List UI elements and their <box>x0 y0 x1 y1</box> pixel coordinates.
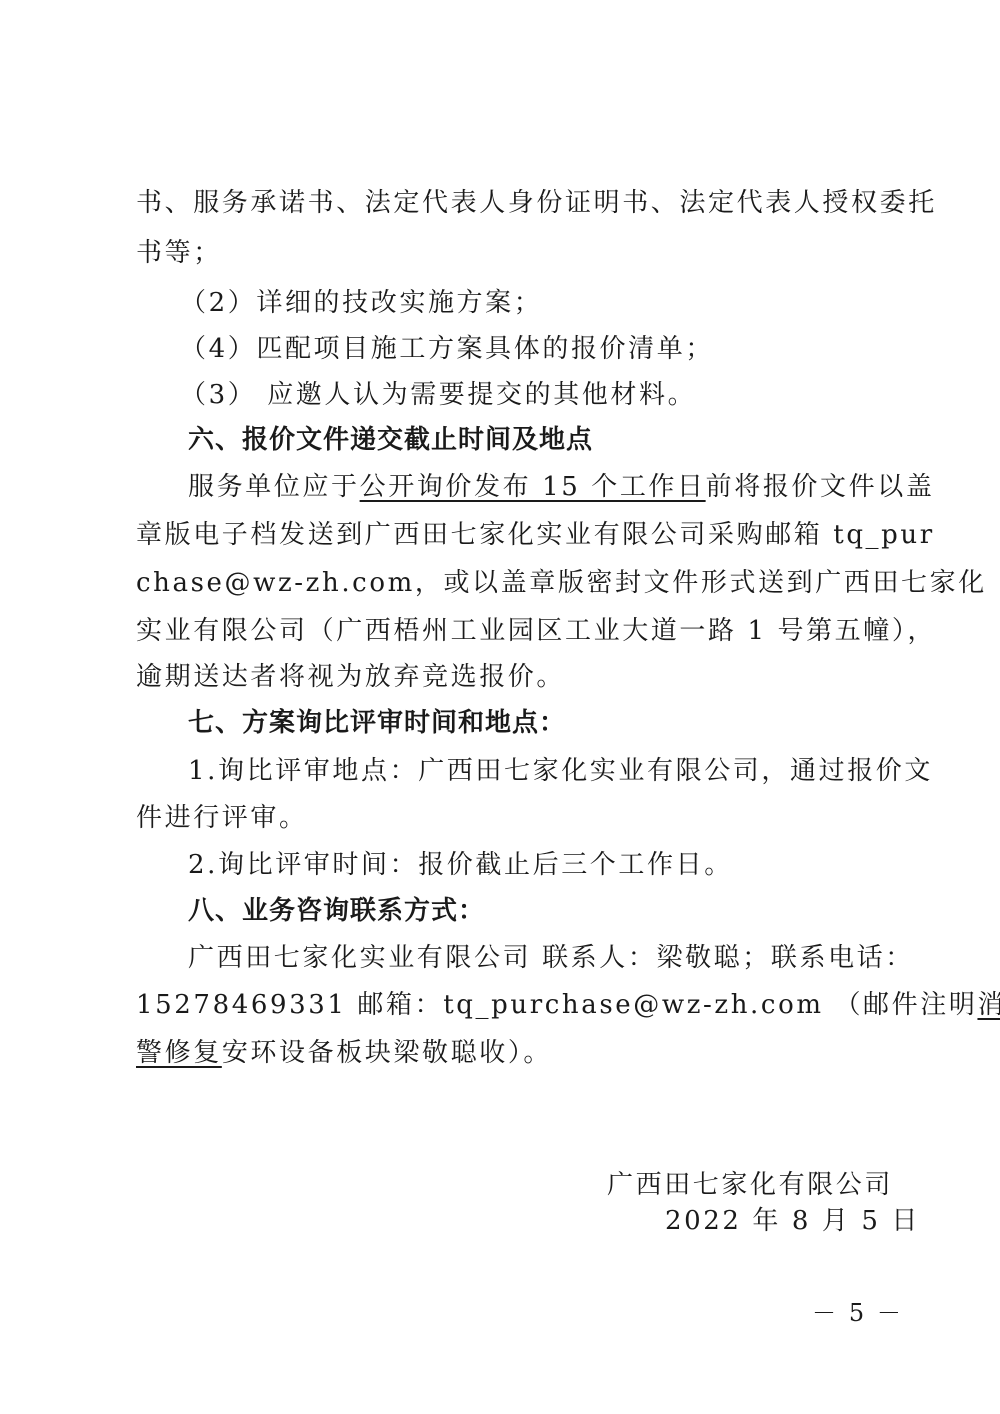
paragraph-line: 15278469331 邮箱：tq_purchase@wz-zh.com （邮件… <box>136 988 1000 1022</box>
text: 服务单位应于 <box>188 472 360 502</box>
paragraph-line: chase@wz-zh.com，或以盖章版密封文件形式送到广西田七家化 <box>136 566 987 600</box>
text: 15278469331 邮箱：tq_purchase@wz-zh.com （邮件… <box>136 990 977 1020</box>
list-item-continued: 件进行评审。 <box>136 801 308 835</box>
list-item: 2.询比评审时间：报价截止后三个工作日。 <box>188 848 733 882</box>
paragraph-line: 逾期送达者将视为放弃竞选报价。 <box>136 660 565 694</box>
text: 前将报价文件以盖 <box>706 472 935 502</box>
list-item: （2）详细的技改实施方案； <box>180 286 542 320</box>
section-heading: 六、报价文件递交截止时间及地点 <box>188 423 593 457</box>
underlined-text: 警修复 <box>136 1038 222 1068</box>
underlined-text: 消防报 <box>977 990 1000 1020</box>
section-heading: 八、业务咨询联系方式： <box>188 894 485 928</box>
list-item: （3） 应邀人认为需要提交的其他材料。 <box>180 378 696 412</box>
text-line: 书、服务承诺书、法定代表人身份证明书、法定代表人授权委托 <box>136 186 937 220</box>
underlined-text: 公开询价发布 15 个工作日 <box>360 472 706 502</box>
paragraph-line: 服务单位应于公开询价发布 15 个工作日前将报价文件以盖 <box>188 470 934 504</box>
paragraph-line: 实业有限公司（广西梧州工业园区工业大道一路 1 号第五幢）， <box>136 614 936 648</box>
paragraph-line: 警修复安环设备板块梁敬聪收）。 <box>136 1036 552 1070</box>
signature-date: 2022 年 8 月 5 日 <box>665 1204 920 1238</box>
paragraph-line: 广西田七家化实业有限公司 联系人：梁敬聪；联系电话： <box>188 941 914 975</box>
list-item: 1.询比评审地点：广西田七家化实业有限公司，通过报价文 <box>188 754 933 788</box>
signature-company: 广西田七家化有限公司 <box>607 1168 893 1202</box>
text: 安环设备板块梁敬聪收）。 <box>222 1038 552 1068</box>
paragraph-line: 章版电子档发送到广西田七家化实业有限公司采购邮箱 tq_pur <box>136 518 935 552</box>
list-item: （4）匹配项目施工方案具体的报价清单； <box>180 332 714 366</box>
page-number: － 5 － <box>812 1296 904 1330</box>
text-line: 书等； <box>136 236 222 270</box>
section-heading: 七、方案询比评审时间和地点： <box>188 706 566 740</box>
document-page: 书、服务承诺书、法定代表人身份证明书、法定代表人授权委托 书等； （2）详细的技… <box>0 0 1000 1414</box>
